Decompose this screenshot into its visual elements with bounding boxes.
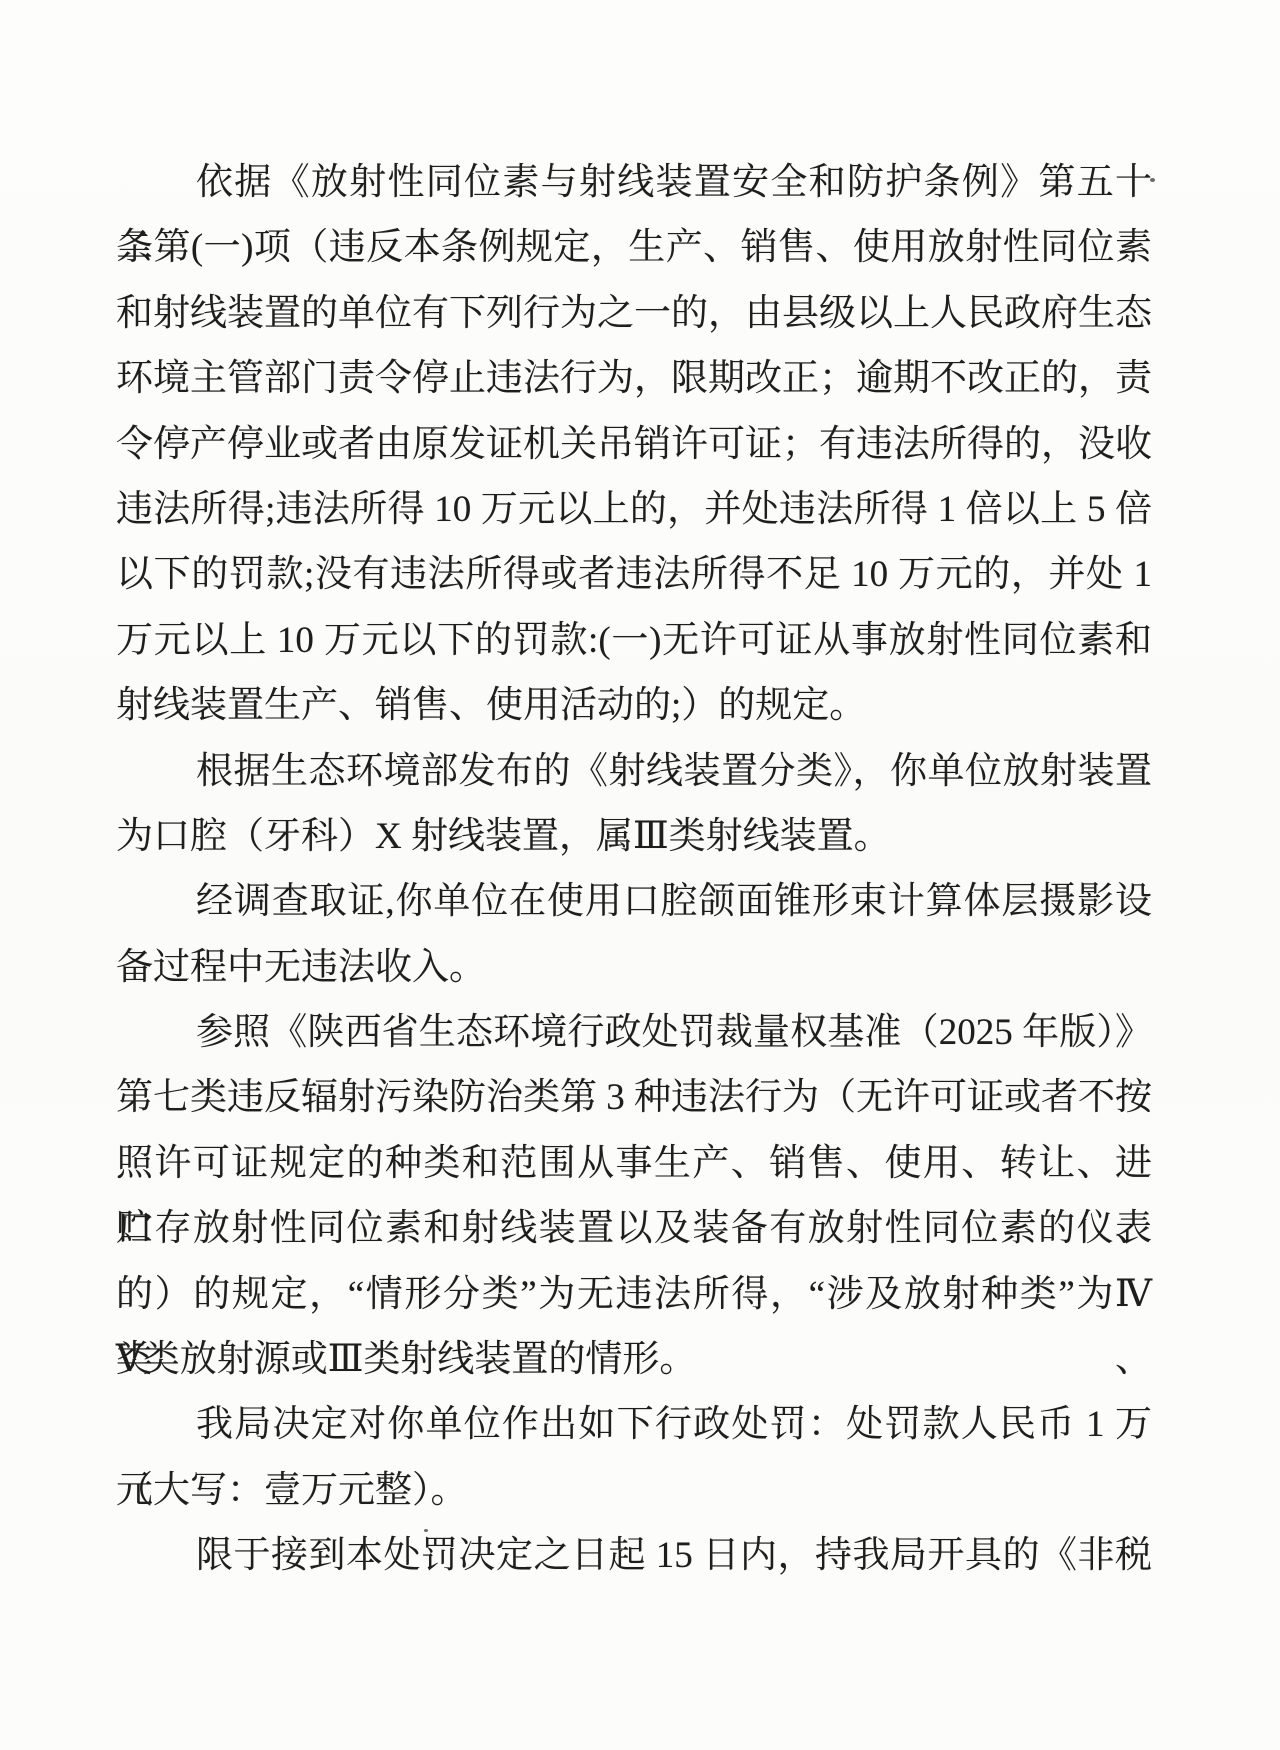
- text-line: 条第(一)项（违反本条例规定，生产、销售、使用放射性同位素: [116, 215, 1152, 280]
- text-line: 的）的规定，“情形分类”为无违法所得，“涉及放射种类”为Ⅳ类、: [116, 1262, 1152, 1327]
- scan-artifact-dot: [1150, 178, 1155, 182]
- text-line: 限于接到本处罚决定之日起 15 日内，持我局开具的《非税: [116, 1523, 1152, 1588]
- text-line: 我局决定对你单位作出如下行政处罚：处罚款人民币 1 万元: [116, 1392, 1152, 1457]
- text-line: 经调查取证,你单位在使用口腔颌面锥形束计算体层摄影设: [116, 869, 1152, 934]
- text-line: （大写：壹万元整）。: [116, 1458, 1152, 1523]
- text-line: 违法所得;违法所得 10 万元以上的，并处违法所得 1 倍以上 5 倍: [116, 477, 1152, 542]
- text-line: 照许可证规定的种类和范围从事生产、销售、使用、转让、进口、: [116, 1131, 1152, 1196]
- document-page: 依据《放射性同位素与射线装置安全和防护条例》第五十二条第(一)项（违反本条例规定…: [0, 0, 1280, 1750]
- text-line: 为口腔（牙科）X 射线装置，属Ⅲ类射线装置。: [116, 804, 1152, 869]
- text-line: 令停产停业或者由原发证机关吊销许可证；有违法所得的，没收: [116, 412, 1152, 477]
- text-line: 根据生态环境部发布的《射线装置分类》，你单位放射装置: [116, 739, 1152, 804]
- text-line: 万元以上 10 万元以下的罚款:(一)无许可证从事放射性同位素和: [116, 608, 1152, 673]
- text-line: 备过程中无违法收入。: [116, 935, 1152, 1000]
- text-line: 环境主管部门责令停止违法行为，限期改正；逾期不改正的，责: [116, 346, 1152, 411]
- document-body: 依据《放射性同位素与射线装置安全和防护条例》第五十二条第(一)项（违反本条例规定…: [116, 150, 1152, 1589]
- text-line: 贮存放射性同位素和射线装置以及装备有放射性同位素的仪表: [116, 1196, 1152, 1261]
- text-line: 以下的罚款;没有违法所得或者违法所得不足 10 万元的，并处 1: [116, 542, 1152, 607]
- text-line: 射线装置生产、销售、使用活动的;）的规定。: [116, 673, 1152, 738]
- text-line: 第七类违反辐射污染防治类第 3 种违法行为（无许可证或者不按: [116, 1065, 1152, 1130]
- text-line: 依据《放射性同位素与射线装置安全和防护条例》第五十二: [116, 150, 1152, 215]
- text-line: 参照《陕西省生态环境行政处罚裁量权基准（2025 年版）》: [116, 1000, 1152, 1065]
- scan-artifact-dot: [424, 1529, 428, 1532]
- text-line: 和射线装置的单位有下列行为之一的，由县级以上人民政府生态: [116, 281, 1152, 346]
